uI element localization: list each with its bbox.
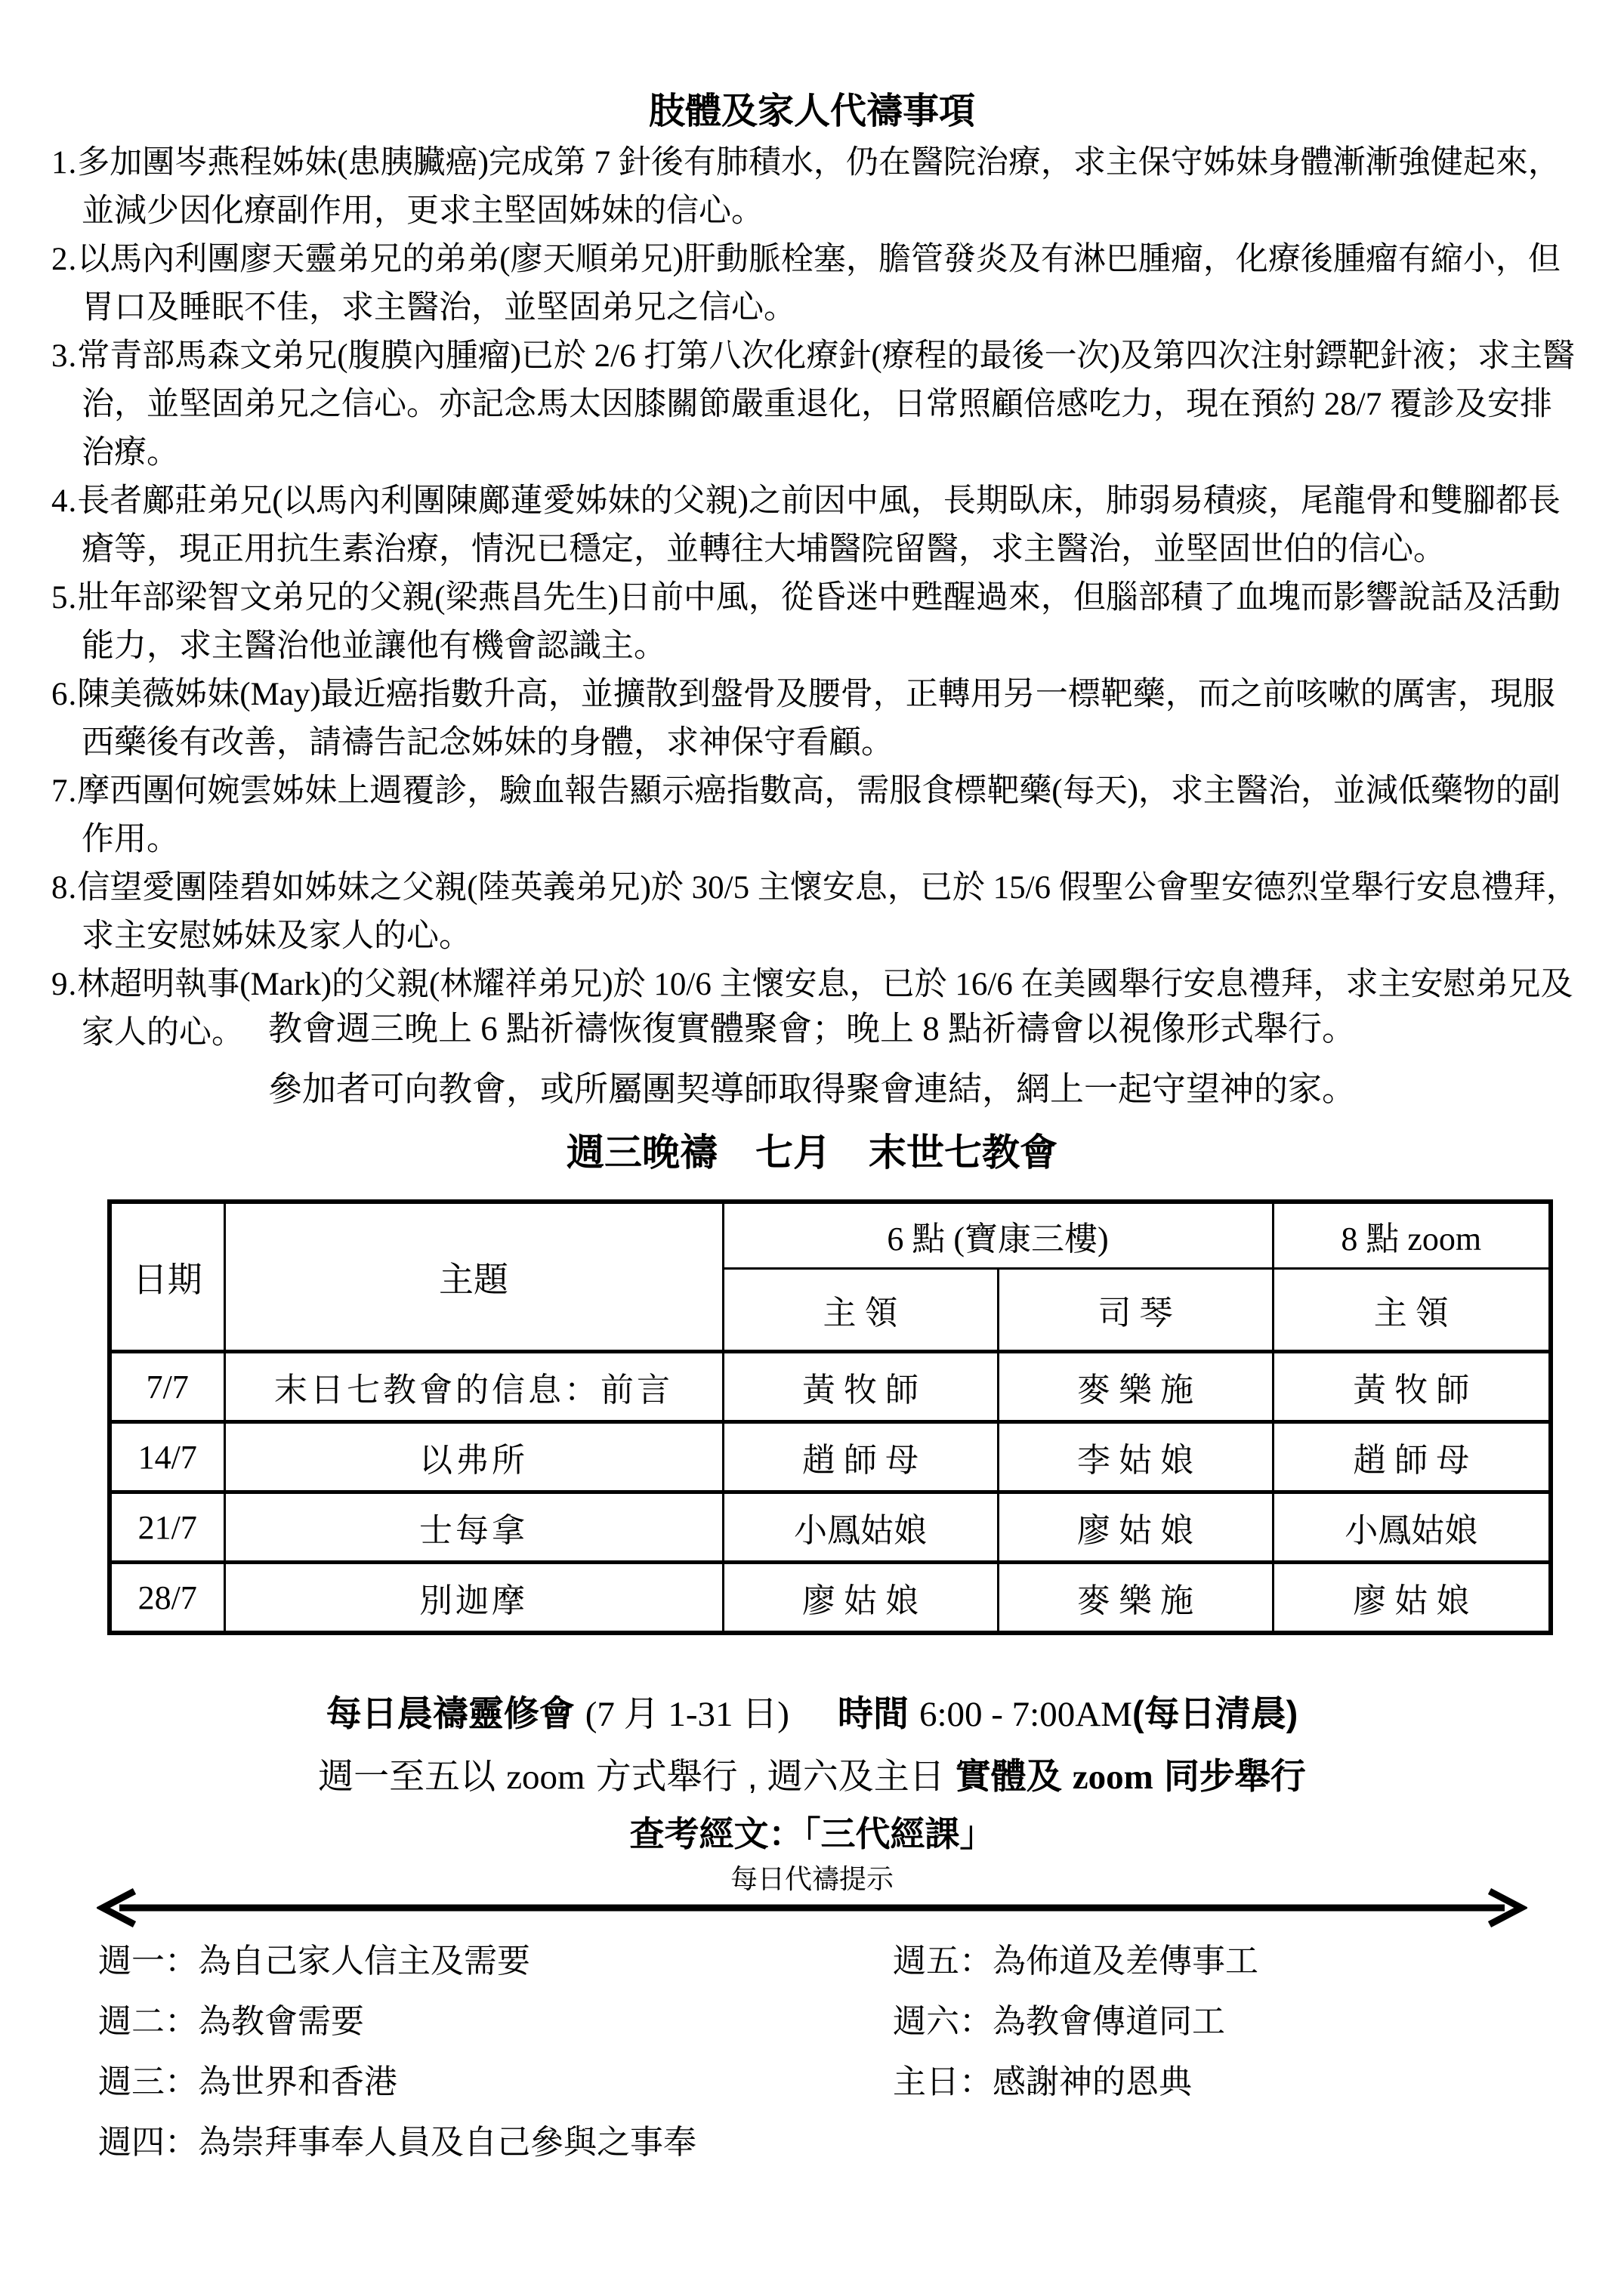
col-header-pianist: 司 琴 (998, 1269, 1273, 1352)
prayer-item: 2.以馬內利團廖天靈弟兄的弟弟(廖天順弟兄)肝動脈栓塞，膽管發炎及有淋巴腫瘤，化… (51, 236, 1580, 332)
morning-time-note: (每日清晨) (1132, 1693, 1298, 1733)
prayer-item: 7.摩西團何婉雲姊妹上週覆診，驗血報告顯示癌指數高，需服食標靶藥(每天)，求主醫… (51, 767, 1580, 864)
weekly-hint: 週三：為世界和香港 (98, 2065, 854, 2100)
weekly-hint: 週二：為教會需要 (98, 2004, 854, 2039)
leader6-cell: 趙 師 母 (723, 1422, 998, 1492)
morning-title: 每日晨禱靈修會 (326, 1693, 575, 1733)
weekly-hints-left-column: 週一：為自己家人信主及需要 週二：為教會需要 週三：為世界和香港 週四：為崇拜事… (98, 1944, 854, 2186)
schedule-title: 週三晚禱 七月 末世七教會 (0, 1122, 1624, 1177)
morning-time: 6:00 - 7:00AM (919, 1695, 1132, 1734)
item-text: 以馬內利團廖天靈弟兄的弟弟(廖天順弟兄)肝動脈栓塞，膽管發炎及有淋巴腫瘤，化療後… (77, 242, 1561, 326)
theme-cell: 以弗所 (224, 1422, 723, 1492)
double-arrow-divider (97, 1887, 1527, 1929)
leader8-cell: 趙 師 母 (1273, 1422, 1551, 1492)
pianist-cell: 廖 姑 娘 (998, 1492, 1273, 1563)
pianist-cell: 麥 樂 施 (998, 1563, 1273, 1634)
theme-cell: 別迦摩 (224, 1563, 723, 1634)
morning-time-label: 時間 (838, 1693, 909, 1733)
zoom-word: zoom (1073, 1758, 1153, 1797)
table-row: 7/7 末日七教會的信息：前言 黃 牧 師 麥 樂 施 黃 牧 師 (110, 1352, 1551, 1422)
wednesday-evening-prayer-table: 日期 主題 6 點 (寶康三樓) 8 點 zoom 主 領 司 琴 主 領 7/… (107, 1199, 1553, 1635)
leader6-cell: 小鳳姑娘 (723, 1492, 998, 1563)
col-header-leader-8pm: 主 領 (1273, 1269, 1551, 1352)
col-header-theme: 主題 (224, 1202, 723, 1352)
leader6-cell: 黃 牧 師 (723, 1352, 998, 1422)
item-text: 陳美薇姊妹(May)最近癌指數升高，並擴散到盤骨及腰骨，正轉用另一標靶藥，而之前… (77, 677, 1555, 761)
prayer-items-list: 1.多加團岑燕程姊妹(患胰臟癌)完成第 7 針後有肺積水，仍在醫院治療，求主保守… (51, 139, 1580, 1057)
notice-line-1: 教會週三晚上 6 點祈禱恢復實體聚會；晚上 8 點祈禱會以視像形式舉行。 (0, 998, 1624, 1059)
item-number: 7. (51, 773, 77, 809)
prayer-item: 6.陳美薇姊妹(May)最近癌指數升高，並擴散到盤骨及腰骨，正轉用另一標靶藥，而… (51, 671, 1580, 767)
prayer-item: 3.常青部馬森文弟兄(腹膜內腫瘤)已於 2/6 打第八次化療針(療程的最後一次)… (51, 332, 1580, 477)
item-number: 8. (51, 870, 77, 906)
item-number: 1. (51, 145, 77, 181)
leader8-cell: 黃 牧 師 (1273, 1352, 1551, 1422)
date-cell: 14/7 (110, 1422, 224, 1492)
weekly-hint: 週五：為佈道及差傳事工 (893, 1944, 1573, 1979)
notice-line-2: 參加者可向教會，或所屬團契導師取得聚會連結，網上一起守望神的家。 (0, 1059, 1624, 1119)
double-arrow-icon (97, 1887, 1527, 1929)
prayer-item: 5.壯年部梁智文弟兄的父親(梁燕昌先生)日前中風，從昏迷中甦醒過來，但腦部積了血… (51, 574, 1580, 671)
table-row: 28/7 別迦摩 廖 姑 娘 麥 樂 施 廖 姑 娘 (110, 1563, 1551, 1634)
item-number: 9. (51, 967, 77, 1002)
item-text: 多加團岑燕程姊妹(患胰臟癌)完成第 7 針後有肺積水，仍在醫院治療，求主保守姊妹… (77, 145, 1561, 229)
morning-line2-text: 方式舉行 , 週六及主日 (596, 1756, 945, 1796)
scripture-study-line: 查考經文：「三代經課」 (0, 1807, 1624, 1856)
weekly-hint: 週一：為自己家人信主及需要 (98, 1944, 854, 1979)
date-cell: 7/7 (110, 1352, 224, 1422)
leader6-cell: 廖 姑 娘 (723, 1563, 998, 1634)
page-title: 肢體及家人代禱事項 (0, 82, 1624, 134)
bulletin-page: 肢體及家人代禱事項 1.多加團岑燕程姊妹(患胰臟癌)完成第 7 針後有肺積水，仍… (0, 0, 1624, 2293)
item-number: 3. (51, 338, 77, 374)
morning-line2-bold: 實體及 (956, 1756, 1062, 1796)
table-row: 14/7 以弗所 趙 師 母 李 姑 娘 趙 師 母 (110, 1422, 1551, 1492)
leader8-cell: 廖 姑 娘 (1273, 1563, 1551, 1634)
item-text: 壯年部梁智文弟兄的父親(梁燕昌先生)日前中風，從昏迷中甦醒過來，但腦部積了血塊而… (77, 580, 1561, 664)
prayer-item: 4.長者鄺莊弟兄(以馬內利團陳鄺蓮愛姊妹的父親)之前因中風，長期臥床，肺弱易積痰… (51, 477, 1580, 574)
item-number: 6. (51, 677, 77, 712)
theme-cell: 末日七教會的信息：前言 (224, 1352, 723, 1422)
leader8-cell: 小鳳姑娘 (1273, 1492, 1551, 1563)
morning-devotion-block: 每日晨禱靈修會(7 月 1-31 日)時間6:00 - 7:00AM(每日清晨)… (0, 1683, 1624, 1808)
item-text: 信望愛團陸碧如姊妹之父親(陸英義弟兄)於 30/5 主懷安息，已於 15/6 假… (77, 870, 1579, 954)
item-text: 長者鄺莊弟兄(以馬內利團陳鄺蓮愛姊妹的父親)之前因中風，長期臥床，肺弱易積痰，尾… (77, 483, 1561, 567)
col-header-6pm: 6 點 (寶康三樓) (723, 1202, 1273, 1269)
weekly-hint: 主日：感謝神的恩典 (893, 2065, 1573, 2100)
table-row: 21/7 士每拿 小鳳姑娘 廖 姑 娘 小鳳姑娘 (110, 1492, 1551, 1563)
weekly-hint: 週四：為崇拜事奉人員及自己參與之事奉 (98, 2125, 854, 2160)
pianist-cell: 李 姑 娘 (998, 1422, 1273, 1492)
date-cell: 28/7 (110, 1563, 224, 1634)
pianist-cell: 麥 樂 施 (998, 1352, 1273, 1422)
morning-line2-bold: 同步舉行 (1164, 1756, 1306, 1796)
weekly-hints-right-column: 週五：為佈道及差傳事工 週六：為教會傳道同工 主日：感謝神的恩典 (893, 1944, 1573, 2125)
col-header-leader-6pm: 主 領 (723, 1269, 998, 1352)
prayer-item: 1.多加團岑燕程姊妹(患胰臟癌)完成第 7 針後有肺積水，仍在醫院治療，求主保守… (51, 139, 1580, 236)
morning-line-2: 週一至五以zoom方式舉行 , 週六及主日實體及zoom同步舉行 (0, 1745, 1624, 1808)
item-number: 4. (51, 483, 77, 519)
theme-cell: 士每拿 (224, 1492, 723, 1563)
date-cell: 21/7 (110, 1492, 224, 1563)
zoom-word: zoom (506, 1758, 585, 1797)
item-number: 2. (51, 242, 77, 277)
morning-dates: (7 月 1-31 日) (585, 1695, 789, 1734)
wednesday-prayer-notice: 教會週三晚上 6 點祈禱恢復實體聚會；晚上 8 點祈禱會以視像形式舉行。 參加者… (0, 998, 1624, 1119)
weekly-hint: 週六：為教會傳道同工 (893, 2004, 1573, 2039)
item-text: 常青部馬森文弟兄(腹膜內腫瘤)已於 2/6 打第八次化療針(療程的最後一次)及第… (77, 338, 1575, 471)
col-header-8pm-zoom: 8 點 zoom (1273, 1202, 1551, 1269)
col-header-date: 日期 (110, 1202, 224, 1352)
item-text: 摩西團何婉雲姊妹上週覆診，驗血報告顯示癌指數高，需服食標靶藥(每天)，求主醫治，… (77, 773, 1561, 857)
morning-line-1: 每日晨禱靈修會(7 月 1-31 日)時間6:00 - 7:00AM(每日清晨) (0, 1683, 1624, 1745)
prayer-item: 8.信望愛團陸碧如姊妹之父親(陸英義弟兄)於 30/5 主懷安息，已於 15/6… (51, 864, 1580, 961)
morning-line2-text: 週一至五以 (318, 1756, 496, 1796)
item-number: 5. (51, 580, 77, 616)
